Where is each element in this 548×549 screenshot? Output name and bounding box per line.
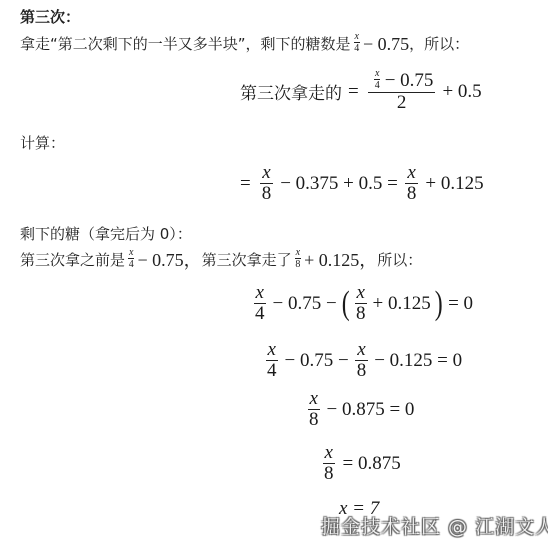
intro-suffix: ，所以： (409, 34, 469, 54)
intro-line: 拿走“第二次剩下的一半又多半块”，剩下的糖数是 x 4 − 0.75 ，所以： (20, 33, 469, 55)
before-third-line: 第三次拿之前是 x 4 − 0.75， 第三次拿走了 x 8 + 0.125， … (20, 249, 422, 271)
equation-step-4: x 8 = 0.875 (319, 443, 401, 485)
intro-prefix: 拿走“第二次剩下的一半又多半块”，剩下的糖数是 (20, 34, 351, 54)
calc-label: 计算： (20, 133, 65, 153)
equation-step-3: x 8 − 0.875 = 0 (304, 389, 414, 431)
equation-calc: = x 8 − 0.375 + 0.5 = x 8 + 0.125 (240, 163, 484, 205)
remain-label: 剩下的糖（拿完后为 0）： (20, 224, 192, 244)
equation-step-2: x 4 − 0.75 − x 8 − 0.125 = 0 (262, 340, 462, 382)
eq1-lhs: 第三次拿走的 (240, 79, 342, 104)
equation-third-take: 第三次拿走的 = x 4 − 0.75 2 + 0.5 (240, 70, 482, 114)
watermark: 掘金技术社区 @ 江湖文人 (321, 512, 548, 539)
inline-math-rest: − 0.75 (363, 34, 409, 54)
equation-step-1: x 4 − 0.75 − ( x 8 + 0.125 ) = 0 (250, 283, 473, 325)
section-heading: 第三次： (20, 7, 80, 27)
inline-fraction: x 4 (354, 32, 360, 54)
eq1-fraction: x 4 − 0.75 2 (368, 70, 436, 114)
